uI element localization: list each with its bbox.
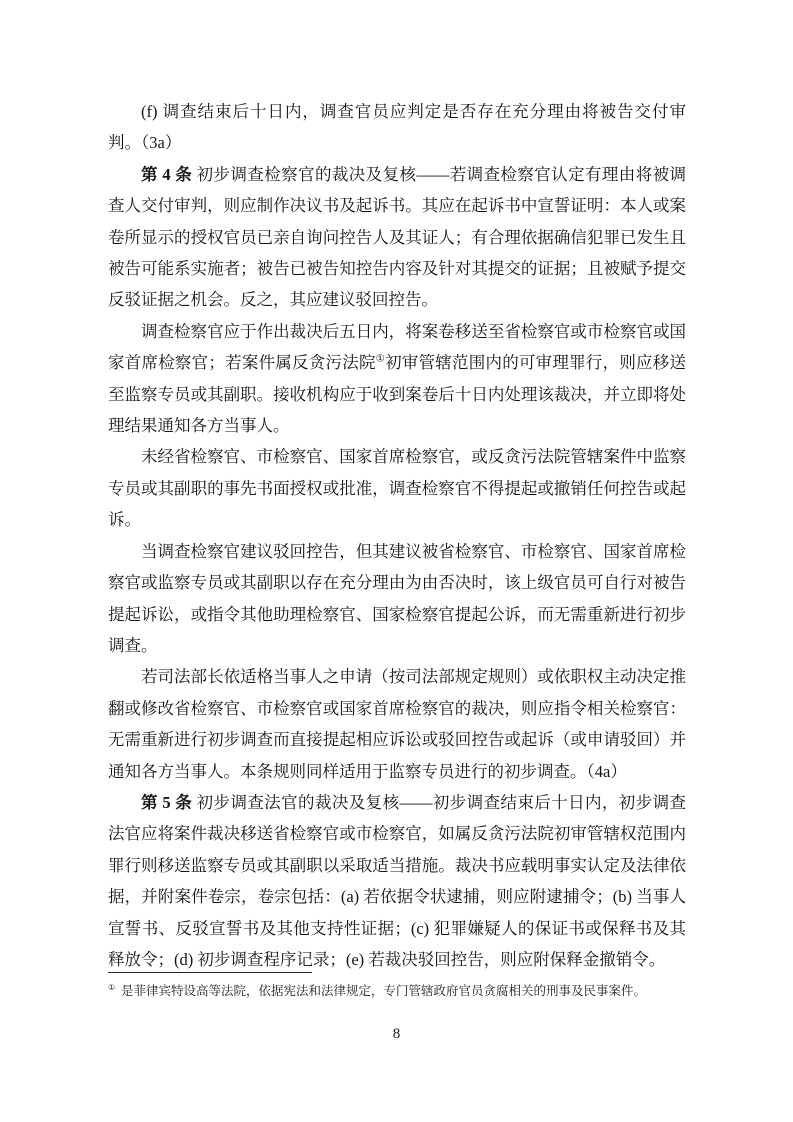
paragraph: 若司法部长依适格当事人之申请（按司法部规定规则）或依职权主动决定推翻或修改省检察… — [108, 661, 686, 787]
text-run: 初步调查检察官的裁决及复核——若调查检察官认定有理由将被调查人交付审判，则应制作… — [108, 165, 686, 310]
text-run: 初步调查法官的裁决及复核——初步调查结束后十日内，初步调查法官应将案件裁决移送省… — [108, 793, 686, 969]
article-heading: 第 4 条 — [141, 165, 192, 184]
document-body: (f) 调查结束后十日内，调查官员应判定是否存在充分理由将被告交付审判。（3a）… — [108, 96, 686, 975]
paragraph: 当调查检察官建议驳回控告，但其建议被省检察官、市检察官、国家首席检察官或监察专员… — [108, 536, 686, 662]
article-heading: 第 5 条 — [141, 793, 192, 812]
document-page: (f) 调查结束后十日内，调查官员应判定是否存在充分理由将被告交付审判。（3a）… — [0, 0, 793, 1122]
page-number: 8 — [0, 1026, 793, 1043]
text-run: 当调查检察官建议驳回控告，但其建议被省检察官、市检察官、国家首席检察官或监察专员… — [108, 542, 686, 655]
paragraph: 调查检察官应于作出裁决后五日内，将案卷移送至省检察官或市检察官或国家首席检察官；… — [108, 316, 686, 442]
text-run: (f) 调查结束后十日内，调查官员应判定是否存在充分理由将被告交付审判。（3a） — [108, 102, 686, 152]
footnote-text: 是菲律宾特设高等法院，依据宪法和法律规定，专门管辖政府官员贪腐相关的刑事及民事案… — [121, 984, 646, 998]
paragraph: 未经省检察官、市检察官、国家首席检察官，或反贪污法院管辖案件中监察专员或其副职的… — [108, 441, 686, 535]
paragraph: 第 4 条 初步调查检察官的裁决及复核——若调查检察官认定有理由将被调查人交付审… — [108, 159, 686, 316]
paragraph: (f) 调查结束后十日内，调查官员应判定是否存在充分理由将被告交付审判。（3a） — [108, 96, 686, 159]
footnote-reference: ① — [376, 354, 385, 365]
footnote-area: ①是菲律宾特设高等法院，依据宪法和法律规定，专门管辖政府官员贪腐相关的刑事及民事… — [108, 972, 686, 1001]
text-run: 若司法部长依适格当事人之申请（按司法部规定规则）或依职权主动决定推翻或修改省检察… — [108, 667, 686, 780]
footnote-separator — [108, 972, 312, 973]
paragraph: 第 5 条 初步调查法官的裁决及复核——初步调查结束后十日内，初步调查法官应将案… — [108, 787, 686, 975]
footnote-marker: ① — [108, 983, 115, 992]
footnote: ①是菲律宾特设高等法院，依据宪法和法律规定，专门管辖政府官员贪腐相关的刑事及民事… — [108, 982, 686, 1001]
text-run: 未经省检察官、市检察官、国家首席检察官，或反贪污法院管辖案件中监察专员或其副职的… — [108, 447, 686, 529]
